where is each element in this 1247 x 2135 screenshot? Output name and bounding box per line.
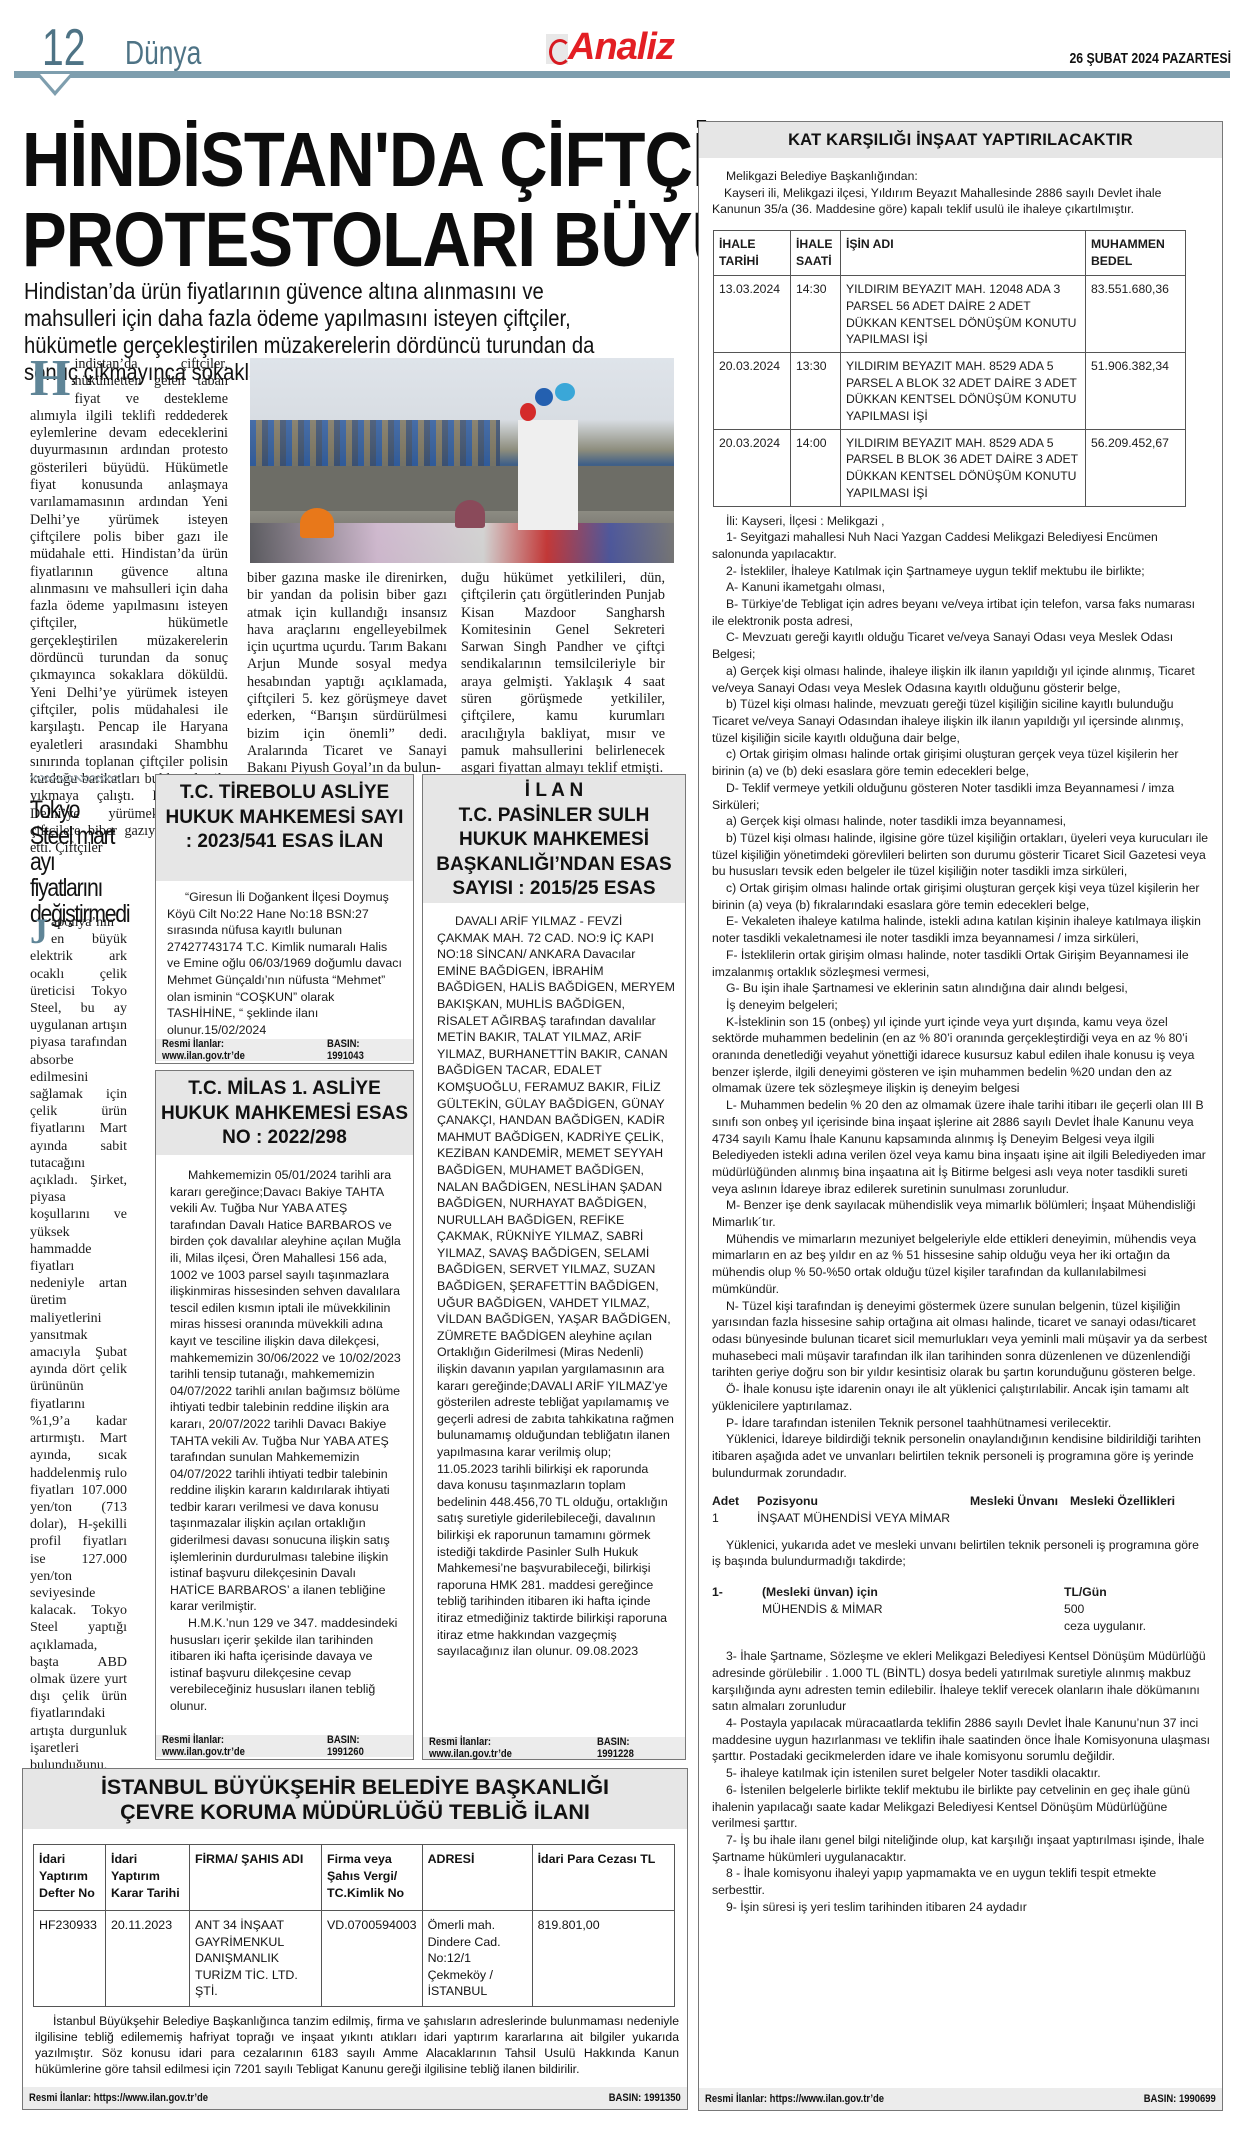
page-number: 12: [42, 22, 85, 74]
notice-paragraph: Mahkememizin 05/01/2024 tarihli ara kara…: [170, 1167, 403, 1615]
notice-ibb: İSTANBUL BÜYÜKŞEHİR BELEDİYE BAŞKANLIĞI …: [22, 1768, 688, 2110]
table-cell: 14:30: [791, 276, 841, 353]
basin-number: BASIN: 1991350: [609, 2092, 681, 2104]
table-cell: 13:30: [791, 352, 841, 429]
table-cell: Ömerli mah. Dindere Cad. No:12/1 Çekmekö…: [422, 1911, 532, 2007]
table-cell: ANT 34 İNŞAAT GAYRİMENKUL DANIŞMANLIK TU…: [190, 1911, 322, 2007]
penalty-amount: TL/Gün 500 ceza uygulanır.: [1064, 1584, 1146, 1634]
notice-footer: Resmi İlanlar: https://www.ilan.gov.tr’d…: [699, 2088, 1222, 2110]
sidebar-hatch-divider: [30, 775, 120, 782]
condition-paragraph: a) Gerçek kişi olması halinde, noter tas…: [712, 813, 1210, 830]
chevron-inner: [40, 74, 70, 91]
condition-paragraph: P- İdare tarafından istenilen Teknik per…: [712, 1415, 1210, 1432]
section-title: Dünya: [125, 36, 201, 69]
penalty-num: 1-: [712, 1584, 762, 1634]
ilan-link[interactable]: Resmi İlanlar: www.ilan.gov.tr’de: [162, 1038, 304, 1062]
basin-number: BASIN: 1991228: [597, 1736, 668, 1760]
column-header: İdari Yaptırım Defter No: [34, 1845, 106, 1911]
table-cell: 13.03.2024: [714, 276, 791, 353]
condition-paragraph: 9- İşin süresi iş yeri teslim tarihinden…: [712, 1899, 1210, 1916]
notice-title: T.C. MİLAS 1. ASLİYE HUKUK MAHKEMESİ ESA…: [156, 1071, 413, 1155]
personnel-col: Pozisyonu: [757, 1493, 970, 1510]
penalty-table: İdari Yaptırım Defter No İdari Yaptırım …: [33, 1844, 675, 2007]
main-headline: HİNDİSTAN'DA ÇİFTÇİ PROTESTOLARI BÜYÜYOR: [22, 120, 579, 280]
column-header: İdari Yaptırım Karar Tarihi: [106, 1845, 190, 1911]
column-header: İŞİN ADI: [841, 231, 1086, 276]
intro-paragraph: Kayseri ili, Melikgazi ilçesi, Yıldırım …: [712, 185, 1210, 218]
condition-paragraph: Mühendis ve mimarların mezuniyet belgele…: [712, 1231, 1210, 1298]
penalty-unit: TL/Gün: [1064, 1584, 1146, 1601]
protest-photo: [250, 358, 674, 563]
header-rule: [14, 71, 1230, 78]
headline-line-2: PROTESTOLARI BÜYÜYOR: [22, 200, 579, 280]
ilan-link[interactable]: Resmi İlanlar: https://www.ilan.gov.tr’d…: [705, 2093, 884, 2105]
condition-paragraph: Ö- İhale konusu işte idarenin onayı ile …: [712, 1381, 1210, 1414]
personnel-col: Mesleki Ünvanı: [970, 1493, 1070, 1510]
column-header: ADRESİ: [422, 1845, 532, 1911]
table-cell: 83.551.680,36: [1086, 276, 1186, 353]
logo-globe-icon: [546, 34, 568, 64]
condition-paragraph: b) Tüzel kişi olması halinde, ilgisine g…: [712, 830, 1210, 880]
notice-footer: Resmi İlanlar: www.ilan.gov.tr’de BASIN:…: [423, 1737, 685, 1759]
penalty-row: 1- (Mesleki ünvan) için MÜHENDİS & MİMAR…: [712, 1584, 1210, 1634]
condition-paragraph: C- Mevzuatı gereği kayıtlı olduğu Ticare…: [712, 629, 1210, 662]
condition-paragraph: Yüklenici, İdareye bildirdiği teknik per…: [712, 1431, 1210, 1481]
notice-title: İSTANBUL BÜYÜKŞEHİR BELEDİYE BAŞKANLIĞI …: [23, 1769, 687, 1829]
condition-paragraph: İş deneyim belgeleri;: [712, 997, 1210, 1014]
column-header: İHALE TARİHİ: [714, 231, 791, 276]
table-cell: 56.209.452,67: [1086, 429, 1186, 506]
personnel-col: Adet: [712, 1493, 757, 1510]
notice-footer: Resmi İlanlar: www.ilan.gov.tr’de BASIN:…: [156, 1735, 413, 1757]
condition-paragraph: c) Ortak girişim olması halinde ortak gi…: [712, 746, 1210, 779]
article-column-2: biber gazına maske ile direnirken, bir y…: [247, 570, 447, 778]
column-header: İHALE SAATİ: [791, 231, 841, 276]
penalty-suffix: ceza uygulanır.: [1064, 1618, 1146, 1635]
logo-text: Analiz: [568, 28, 674, 66]
table-cell: VD.0700594003: [322, 1911, 423, 2007]
personnel-col: Mesleki Özellikleri: [1070, 1493, 1175, 1510]
notice-footer: Resmi İlanlar: www.ilan.gov.tr’de BASIN:…: [156, 1039, 413, 1061]
condition-paragraph: G- Bu işin ihale Şartnamesi ve eklerinin…: [712, 980, 1210, 997]
condition-paragraph: B- Türkiye’de Tebligat için adres beyanı…: [712, 596, 1210, 629]
condition-paragraph: 3- İhale Şartname, Sözleşme ve ekleri Me…: [712, 1648, 1210, 1715]
penalty-intro: Yüklenici, yukarıda adet ve mesleki unva…: [712, 1537, 1210, 1570]
notice-footer: Resmi İlanlar: https://www.ilan.gov.tr’d…: [23, 2087, 687, 2109]
condition-paragraph: 1- Seyitgazi mahallesi Nuh Naci Yazgan C…: [712, 529, 1210, 562]
condition-paragraph: 7- İş bu ihale ilanı genel bilgi niteliğ…: [712, 1832, 1210, 1865]
table-cell: 819.801,00: [532, 1911, 674, 2007]
notice-note: İstanbul Büyükşehir Belediye Başkanlığın…: [23, 2007, 687, 2077]
personnel-count: 1: [712, 1510, 757, 1527]
basin-number: BASIN: 1990699: [1144, 2093, 1216, 2105]
notice-title-line-2: ÇEVRE KORUMA MÜDÜRLÜĞÜ TEBLİĞ İLANI: [27, 1800, 683, 1825]
condition-paragraph: L- Muhammen bedelin % 20 den az olmamak …: [712, 1097, 1210, 1197]
table-cell: YILDIRIM BEYAZIT MAH. 8529 ADA 5 PARSEL …: [841, 429, 1086, 506]
condition-paragraph: b) Tüzel kişi olması halinde, mevzuatı g…: [712, 696, 1210, 746]
issue-date: 26 ŞUBAT 2024 PAZARTESİ: [1069, 50, 1231, 67]
condition-paragraph: 8 - İhale komisyonu ihaleyi yapıp yapmam…: [712, 1865, 1210, 1898]
notice-body: Mahkememizin 05/01/2024 tarihli ara kara…: [156, 1155, 413, 1735]
penalty-value: 500: [1064, 1601, 1146, 1618]
condition-paragraph: D- Teklif vermeye yetkili olduğunu göste…: [712, 780, 1210, 813]
column-header: FİRMA/ ŞAHIS ADI: [190, 1845, 322, 1911]
notice-title-line-1: İSTANBUL BÜYÜKŞEHİR BELEDİYE BAŞKANLIĞI: [27, 1775, 683, 1800]
table-cell: YILDIRIM BEYAZIT MAH. 12048 ADA 3 PARSEL…: [841, 276, 1086, 353]
conditions-list: İli: Kayseri, İlçesi : Melikgazi ,1- Sey…: [712, 513, 1210, 1482]
table-row: HF230933 20.11.2023 ANT 34 İNŞAAT GAYRİM…: [34, 1911, 675, 2007]
condition-paragraph: a) Gerçek kişi olması halinde, ihaleye i…: [712, 663, 1210, 696]
notice-body: DAVALI ARİF YILMAZ - FEVZİ ÇAKMAK MAH. 7…: [423, 903, 685, 1737]
drop-cap: J: [30, 916, 48, 946]
notice-tirebolu: T.C. TİREBOLU ASLİYE HUKUK MAHKEMESİ SAY…: [155, 774, 414, 1064]
notice-paragraph: H.M.K.’nun 129 ve 347. maddesindeki husu…: [170, 1615, 403, 1715]
table-row: 20.03.2024 14:00 YILDIRIM BEYAZIT MAH. 8…: [714, 429, 1186, 506]
notice-title-rest: T.C. PASİNLER SULH HUKUK MAHKEMESİ BAŞKA…: [427, 804, 681, 902]
table-cell: HF230933: [34, 1911, 106, 2007]
condition-paragraph: 6- İstenilen belgelerle birlikte teklif …: [712, 1782, 1210, 1832]
notice-milas: T.C. MİLAS 1. ASLİYE HUKUK MAHKEMESİ ESA…: [155, 1070, 414, 1760]
intro-line: Melikgazi Belediye Başkanlığından:: [712, 168, 1210, 185]
table-cell: 14:00: [791, 429, 841, 506]
ilan-link[interactable]: Resmi İlanlar: www.ilan.gov.tr’de: [429, 1736, 573, 1760]
notice-kat-karsiligi: KAT KARŞILIĞI İNŞAAT YAPTIRILACAKTIR Mel…: [698, 121, 1223, 2111]
notice-body: “Giresun İli Doğankent İlçesi Doymuş Köy…: [156, 881, 413, 1039]
article-column-3: duğu hükümet yetkilileri, dün, çiftçiler…: [461, 570, 665, 778]
condition-paragraph: İli: Kayseri, İlçesi : Melikgazi ,: [712, 513, 1210, 530]
drop-cap: H: [30, 358, 70, 400]
condition-paragraph: 5- ihaleye katılmak için istenilen suret…: [712, 1765, 1210, 1782]
column-header: MUHAMMEN BEDEL: [1086, 231, 1186, 276]
condition-paragraph: M- Benzer işe denk sayılacak mühendislik…: [712, 1197, 1210, 1230]
table-cell: 20.03.2024: [714, 429, 791, 506]
personnel-position: İNŞAAT MÜHENDİSİ VEYA MİMAR: [757, 1510, 950, 1527]
notice-title: İ L A N T.C. PASİNLER SULH HUKUK MAHKEME…: [423, 775, 685, 903]
closing-list: 3- İhale Şartname, Sözleşme ve ekleri Me…: [712, 1648, 1210, 1915]
ilan-link[interactable]: Resmi İlanlar: www.ilan.gov.tr’de: [162, 1734, 304, 1758]
table-cell: 20.03.2024: [714, 352, 791, 429]
notice-title: KAT KARŞILIĞI İNŞAAT YAPTIRILACAKTIR: [699, 122, 1222, 158]
newspaper-logo[interactable]: Analiz: [546, 34, 716, 67]
penalty-title-label: (Mesleki ünvan) için: [762, 1584, 1064, 1601]
penalty-title: (Mesleki ünvan) için MÜHENDİS & MİMAR: [762, 1584, 1064, 1634]
basin-number: BASIN: 1991260: [327, 1734, 396, 1758]
table-cell: 20.11.2023: [106, 1911, 190, 2007]
condition-paragraph: E- Vekaleten ihaleye katılma halinde, is…: [712, 913, 1210, 946]
headline-line-1: HİNDİSTAN'DA ÇİFTÇİ: [22, 120, 579, 200]
table-cell: YILDIRIM BEYAZIT MAH. 8529 ADA 5 PARSEL …: [841, 352, 1086, 429]
personnel-header: Adet Pozisyonu Mesleki Ünvanı Mesleki Öz…: [712, 1493, 1210, 1510]
column-header: İdari Para Cezası TL: [532, 1845, 674, 1911]
basin-number: BASIN: 1991043: [327, 1038, 396, 1062]
condition-paragraph: 4- Postayla yapılacak müracaatlarda tekl…: [712, 1715, 1210, 1765]
table-row: 20.03.2024 13:30 YILDIRIM BEYAZIT MAH. 8…: [714, 352, 1186, 429]
condition-paragraph: N- Tüzel kişi tarafından iş deneyimi gös…: [712, 1298, 1210, 1382]
condition-paragraph: A- Kanuni ikametgahı olması,: [712, 579, 1210, 596]
notice-body: Melikgazi Belediye Başkanlığından: Kayse…: [699, 158, 1222, 1916]
column-header: Firma veya Şahıs Vergi/ TC.Kimlik No: [322, 1845, 423, 1911]
condition-paragraph: F- İsteklilerin ortak girişim olması hal…: [712, 947, 1210, 980]
personnel-row: 1 İNŞAAT MÜHENDİSİ VEYA MİMAR: [712, 1510, 1210, 1527]
table-row: 13.03.2024 14:30 YILDIRIM BEYAZIT MAH. 1…: [714, 276, 1186, 353]
ilan-link[interactable]: Resmi İlanlar: https://www.ilan.gov.tr’d…: [29, 2092, 208, 2104]
notice-pasinler: İ L A N T.C. PASİNLER SULH HUKUK MAHKEME…: [422, 774, 686, 1760]
table-cell: 51.906.382,34: [1086, 352, 1186, 429]
notice-title-line: İ L A N: [427, 779, 681, 804]
penalty-title-value: MÜHENDİS & MİMAR: [762, 1601, 1064, 1618]
tender-table: İHALE TARİHİ İHALE SAATİ İŞİN ADI MUHAMM…: [713, 230, 1186, 506]
sidebar-headline: Tokyo Steel mart ayı fiyatlarını değişti…: [30, 797, 124, 927]
condition-paragraph: 2- İstekliler, İhaleye Katılmak için Şar…: [712, 563, 1210, 580]
condition-paragraph: K-İsteklinin son 15 (onbeş) yıl içinde y…: [712, 1014, 1210, 1098]
notice-title: T.C. TİREBOLU ASLİYE HUKUK MAHKEMESİ SAY…: [156, 775, 413, 881]
condition-paragraph: c) Ortak girişim olması halinde ortak gi…: [712, 880, 1210, 913]
